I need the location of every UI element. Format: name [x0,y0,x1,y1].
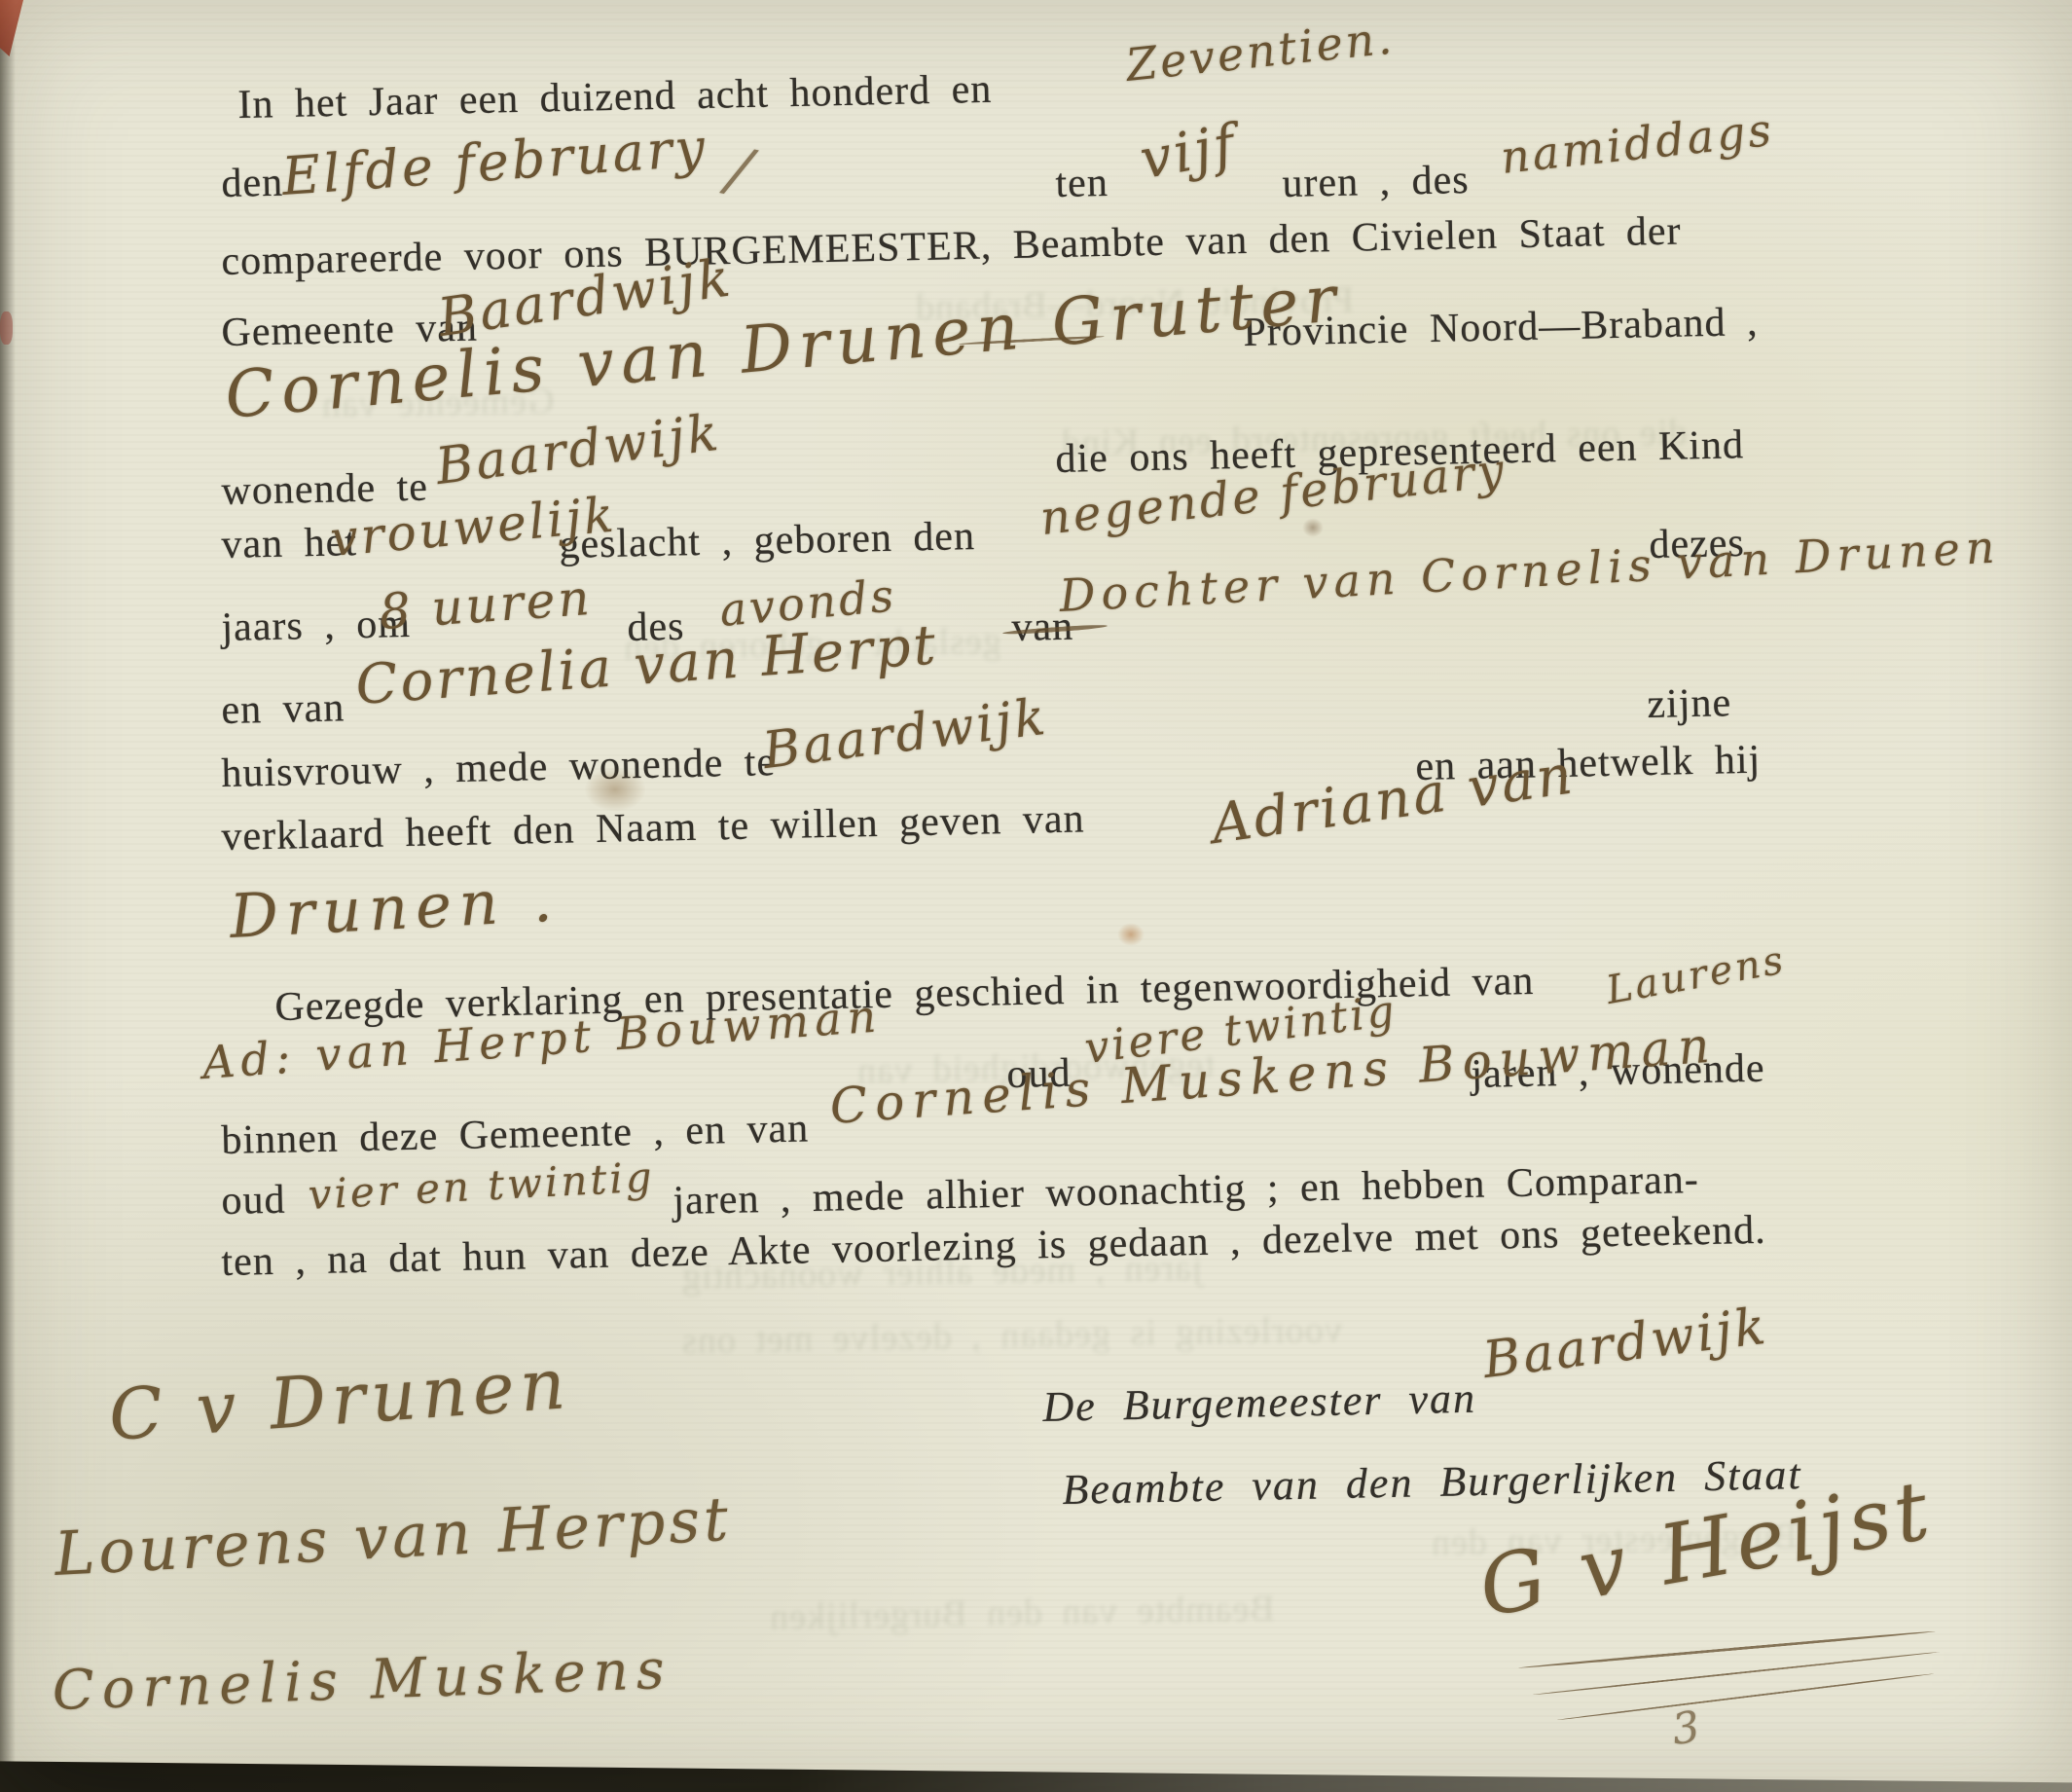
handwritten-slash-mark: / [722,133,760,207]
handwritten-child-name-1: Adriana van [1208,743,1579,857]
printed-oud-2: oud [221,1177,286,1225]
handwritten-declarant-name: Cornelis van Drunen Grutter [222,261,1345,433]
handwritten-birth-hour: 8 uuren [378,569,594,640]
handwritten-witness1-firstname: Laurens [1603,937,1789,1013]
ink-stroke-flourish-2 [1533,1651,1940,1696]
printed-geslacht-geboren: geslacht , geboren den [559,513,975,568]
handwritten-witness2-age: vier en twintig [307,1152,655,1219]
stain [1117,923,1145,946]
stain [1302,518,1324,537]
printed-huisvrouw-line: huisvrouw , mede wonende te [221,739,777,797]
ink-stroke-flourish-1 [1518,1630,1936,1669]
scan-mark-red-corner [0,0,23,56]
handwritten-daypart: namiddags [1498,103,1776,184]
signature-flourish-mark: 3 [1669,1701,1706,1755]
printed-burgemeester-van: De Burgemeester van [1042,1373,1477,1432]
printed-uren-des: uren , des [1282,157,1470,207]
scan-mark-red-left [0,311,13,345]
handwritten-burgemeester-place: Baardwijk [1480,1298,1771,1390]
bleedthrough-text: Beambte van den Burgerlijken [769,1587,1275,1638]
scan-edge-bottom [0,1749,2072,1792]
printed-binnen-gemeente: binnen deze Gemeente , en van [221,1105,810,1164]
bleedthrough-text: voorlezing is gedaan , dezelve met ons [681,1308,1343,1363]
signature-witness1: Lourens van Herpst [53,1483,734,1590]
handwritten-child-name-2: Drunen . [228,863,562,952]
printed-verklaard-line: verklaard heeft den Naam te willen geven… [221,795,1085,860]
handwritten-date: Elfde february [280,117,709,207]
printed-den: den [221,160,284,207]
handwritten-relation: Dochter van Cornelis van Drunen [1058,520,2001,622]
signature-witness2: Cornelis Muskens [52,1638,673,1723]
printed-year-line: In het Jaar een duizend acht honderd en [237,66,993,128]
printed-ten: ten [1055,160,1109,207]
document-page: Provincie Noord—Braband Gemeente van die… [0,0,2072,1792]
printed-compareerde-line: compareerde voor ons BURGEMEESTER, Beamb… [221,208,1682,285]
handwritten-hour: vijf [1136,113,1242,192]
scan-edge-left [0,0,16,1792]
printed-en-van: en van [221,684,345,734]
ink-stroke-flourish-3 [1557,1672,1934,1721]
handwritten-year: Zeventien. [1123,11,1397,91]
printed-zijne: zijne [1647,679,1732,728]
signature-declarant: C v Drunen [106,1342,573,1456]
handwritten-mother-residence: Baardwijk [760,688,1051,781]
